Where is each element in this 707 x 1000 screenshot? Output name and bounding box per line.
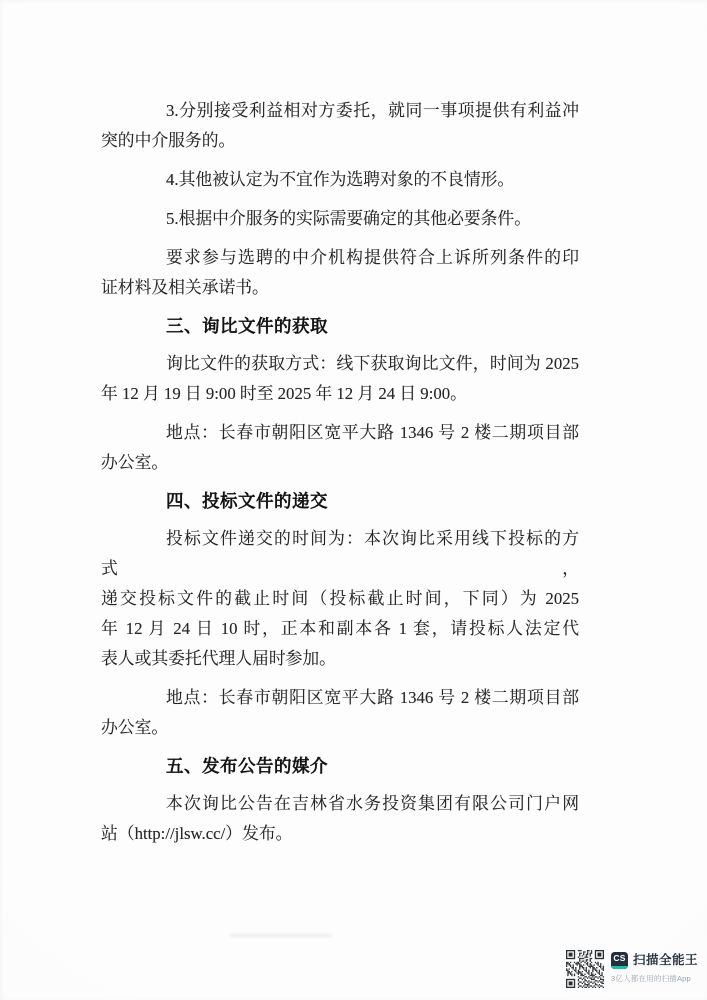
- camscanner-logo-letters: CS: [611, 952, 628, 965]
- text-line: 本次询比公告在吉林省水务投资集团有限公司门户网: [101, 789, 579, 819]
- text-line: 3.分别接受利益相对方委托，就同一事项提供有利益冲: [101, 96, 579, 126]
- text-line: 表人或其委托代理人届时参加。: [101, 644, 579, 674]
- paragraph: 投标文件递交的时间为：本次询比采用线下投标的方式，递交投标文件的截止时间（投标截…: [101, 524, 579, 674]
- scan-artifact: [230, 934, 332, 937]
- section-heading: 四、投标文件的递交: [101, 486, 579, 516]
- paragraph: 3.分别接受利益相对方委托，就同一事项提供有利益冲突的中介服务的。: [101, 96, 579, 156]
- text-line: 地点：长春市朝阳区宽平大路 1346 号 2 楼二期项目部: [101, 683, 579, 713]
- paragraph: 询比文件的获取方式：线下获取询比文件，时间为 2025年 12 月 19 日 9…: [101, 349, 579, 409]
- text-line: 5.根据中介服务的实际需要确定的其他必要条件。: [101, 204, 579, 234]
- paragraph: 本次询比公告在吉林省水务投资集团有限公司门户网站（http://jlsw.cc/…: [101, 789, 579, 849]
- qr-code-icon: [566, 950, 604, 988]
- text-line: 年 12 月 24 日 10 时，正本和副本各 1 套，请投标人法定代: [101, 614, 579, 644]
- camscanner-app-name: 扫描全能王: [633, 952, 698, 969]
- camscanner-logo-accent: [611, 966, 628, 970]
- text-line: 递交投标文件的截止时间（投标截止时间，下同）为 2025: [101, 584, 579, 614]
- section-heading: 三、询比文件的获取: [101, 311, 579, 341]
- text-line: 地点：长春市朝阳区宽平大路 1346 号 2 楼二期项目部: [101, 418, 579, 448]
- paragraph: 要求参与选聘的中介机构提供符合上诉所列条件的印证材料及相关承诺书。: [101, 243, 579, 303]
- paragraph: 5.根据中介服务的实际需要确定的其他必要条件。: [101, 204, 579, 234]
- section-heading: 五、发布公告的媒介: [101, 751, 579, 781]
- text-line: 证材料及相关承诺书。: [101, 273, 579, 303]
- document-page: 3.分别接受利益相对方委托，就同一事项提供有利益冲突的中介服务的。4.其他被认定…: [0, 0, 707, 1000]
- text-line: 询比文件的获取方式：线下获取询比文件，时间为 2025: [101, 349, 579, 379]
- text-line: 要求参与选聘的中介机构提供符合上诉所列条件的印: [101, 243, 579, 273]
- text-line: 4.其他被认定为不宜作为选聘对象的不良情形。: [101, 165, 579, 195]
- camscanner-logo-icon: CS: [611, 952, 628, 969]
- text-line: 突的中介服务的。: [101, 126, 579, 156]
- text-line: 年 12 月 19 日 9:00 时至 2025 年 12 月 24 日 9:0…: [101, 379, 579, 409]
- text-line: 投标文件递交的时间为：本次询比采用线下投标的方式，: [101, 524, 579, 584]
- camscanner-branding: CS 扫描全能王 3亿人都在用的扫描App: [611, 952, 698, 984]
- paragraph: 4.其他被认定为不宜作为选聘对象的不良情形。: [101, 165, 579, 195]
- camscanner-watermark: CS 扫描全能王 3亿人都在用的扫描App: [566, 950, 698, 988]
- text-line: 办公室。: [101, 448, 579, 478]
- text-line: 办公室。: [101, 713, 579, 743]
- text-line: 站（http://jlsw.cc/）发布。: [101, 819, 579, 849]
- paragraph: 地点：长春市朝阳区宽平大路 1346 号 2 楼二期项目部办公室。: [101, 683, 579, 743]
- paragraph: 地点：长春市朝阳区宽平大路 1346 号 2 楼二期项目部办公室。: [101, 418, 579, 478]
- camscanner-tagline: 3亿人都在用的扫描App: [611, 973, 698, 984]
- document-body: 3.分别接受利益相对方委托，就同一事项提供有利益冲突的中介服务的。4.其他被认定…: [101, 96, 579, 849]
